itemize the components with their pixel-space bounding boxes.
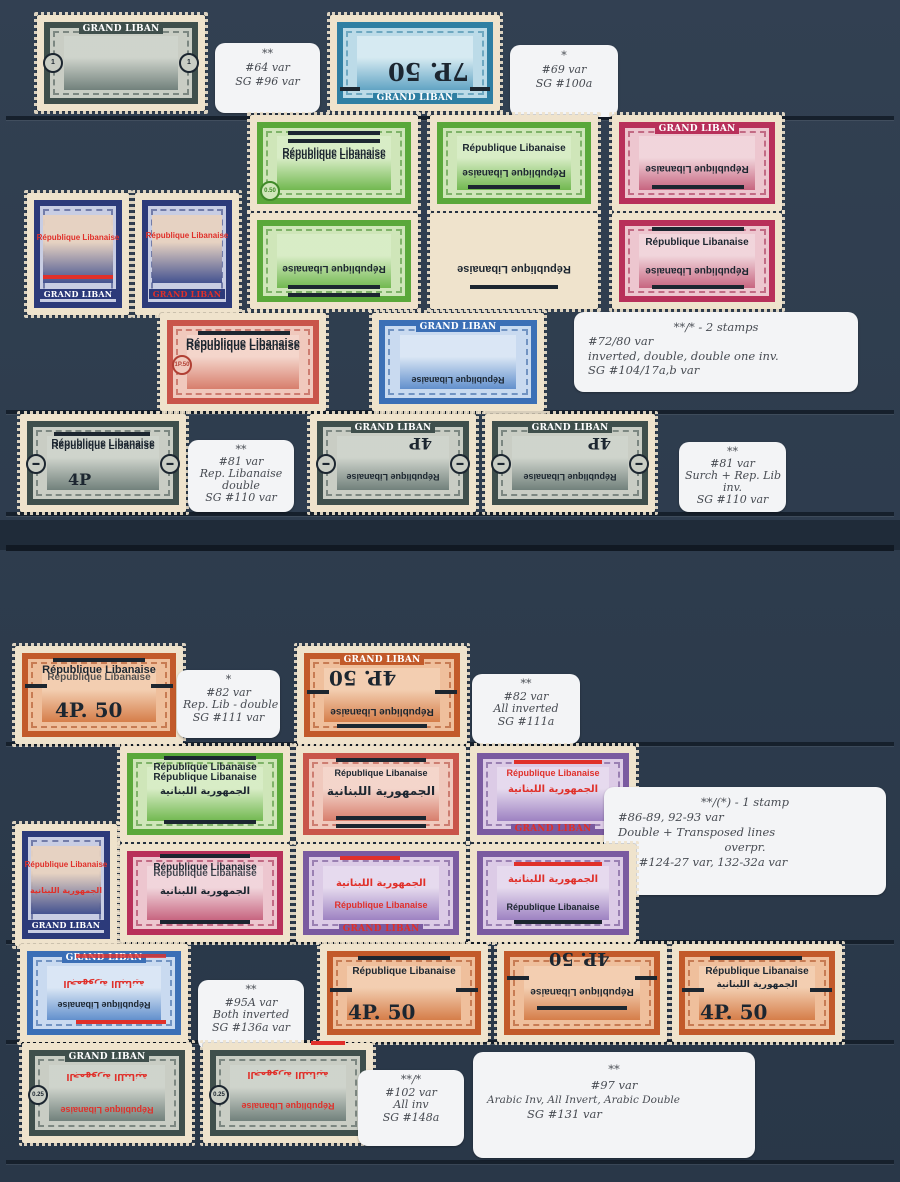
value-tablet: 1P.50 <box>172 355 192 375</box>
surcharge-overprint-inverted: 4P <box>588 434 611 453</box>
surcharge-overprint-inverted: 4P <box>409 434 432 453</box>
country-inscription: GRAND LIBAN <box>511 824 596 834</box>
stamp[interactable]: République Libanaise الجمهورية اللبنانية… <box>672 944 842 1042</box>
stamp[interactable]: GRAND LIBAN République Libanaise <box>612 115 782 211</box>
stamp[interactable]: الجمهورية اللبنانية République Libanaise <box>470 844 636 942</box>
country-inscription: GRAND LIBAN <box>655 124 740 134</box>
surcharge-overprint-inverted: 4P. 50 <box>549 948 610 969</box>
overprint-text: République Libanaise <box>612 237 782 248</box>
stamp[interactable]: République Libanaise République Libanais… <box>612 213 782 309</box>
country-inscription: GRAND LIBAN <box>340 655 425 665</box>
surcharge-overprint: 4P. 50 <box>55 698 122 722</box>
overprint-text-red: République Libanaise <box>135 231 239 240</box>
arabic-overprint-inverted-red: الجمهورية اللبنانية <box>203 1069 373 1079</box>
overprint-text-double: République Libanaise <box>15 672 183 683</box>
stockbook-page: GRAND LIBAN 1 1 ** #64 var SG #96 var GR… <box>0 0 900 1182</box>
country-inscription: GRAND LIBAN <box>528 423 613 433</box>
overprint-text-red: République Libanaise <box>296 900 466 910</box>
stamp[interactable]: GRAND LIBAN الجمهورية اللبنانية Républiq… <box>22 1043 192 1143</box>
country-inscription: GRAND LIBAN <box>28 920 105 930</box>
surcharge-overprint: 4P. 50 <box>700 1000 767 1024</box>
overprint-text-inverted: République Libanaise <box>430 167 598 178</box>
overprint-text-inverted-red: République Libanaise <box>203 1101 373 1111</box>
arabic-overprint: الجمهورية اللبنانية <box>120 886 290 897</box>
overprint-text-inverted: République Libanaise <box>310 472 476 482</box>
note-card: ** #82 var All inverted SG #111a <box>472 674 580 744</box>
overprint-text-double: République Libanaise <box>160 341 326 353</box>
stamp[interactable]: République Libanaise République Libanais… <box>430 115 598 211</box>
overprint-text-inverted: République Libanaise <box>430 263 598 275</box>
country-inscription: GRAND LIBAN <box>149 289 226 299</box>
country-inscription: GRAND LIBAN <box>79 24 164 34</box>
arabic-overprint-red: الجمهورية اللبنانية <box>296 878 466 889</box>
overprint-text: République Libanaise <box>672 966 842 977</box>
stamp[interactable]: République Libanaise <box>250 213 418 309</box>
overprint-text-double: République Libanaise <box>250 151 418 162</box>
country-inscription: GRAND LIBAN <box>351 423 436 433</box>
stamp[interactable]: GRAND LIBAN الجمهورية اللبنانية Républiq… <box>20 944 188 1042</box>
note-card: * #69 var SG #100a <box>510 45 618 117</box>
overprint-text-inverted: République Libanaise <box>297 706 467 717</box>
overprint-text-inverted: République Libanaise <box>612 265 782 276</box>
surcharge-overprint: 7P. 50 <box>388 57 469 86</box>
note-card: **/* #102 var All inv SG #148a <box>358 1070 464 1146</box>
stamp[interactable]: République Libanaise République Libanais… <box>15 646 183 744</box>
overprint-text-inverted-red: République Libanaise <box>22 1105 192 1115</box>
stamp[interactable]: République Libanaise République Libanais… <box>120 844 290 942</box>
note-card: **/* - 2 stamps #72/80 var inverted, dou… <box>574 312 858 392</box>
overprint-text: République Libanaise <box>296 768 466 778</box>
overprint-text-red: République Libanaise <box>15 860 117 869</box>
value-tablet: 0.25 <box>209 1085 229 1105</box>
value-tablet: 0.25 <box>28 1085 48 1105</box>
overprint-text-inverted: République Libanaise <box>497 986 667 997</box>
stamp[interactable]: GRAND LIBAN 7P. 50 <box>330 15 500 111</box>
arabic-overprint-inverted-red: الجمهورية اللبنانية <box>22 1071 192 1081</box>
overprint-text-inverted: République Libanaise <box>250 263 418 274</box>
stamp[interactable]: الجمهورية اللبنانية République Libanaise… <box>296 844 466 942</box>
overprint-text-inverted: République Libanaise <box>485 472 655 482</box>
stamp[interactable]: 4P. 50 République Libanaise <box>497 944 667 1042</box>
note-card: **/(*) - 1 stamp #86-89, 92-93 var Doubl… <box>604 787 886 895</box>
stamp[interactable]: République Libanaise الجمهورية اللبنانية… <box>15 824 117 946</box>
arabic-overprint-inverted: الجمهورية اللبنانية <box>20 978 188 988</box>
stamp[interactable]: République Libanaise <box>430 213 598 309</box>
surcharge-overprint-inverted: 4P. 50 <box>329 666 396 690</box>
country-inscription: GRAND LIBAN <box>40 289 117 299</box>
stamp[interactable]: GRAND LIBAN République Libanaise <box>27 193 129 315</box>
arabic-overprint-red: الجمهورية اللبنانية <box>470 874 636 885</box>
overprint-text-double: République Libanaise <box>120 868 290 879</box>
country-inscription: GRAND LIBAN <box>65 1052 150 1062</box>
stamp[interactable]: République Libanaise الجمهورية اللبنانية <box>296 746 466 842</box>
arabic-overprint: الجمهورية اللبنانية <box>296 784 466 798</box>
stamp[interactable]: GRAND LIBAN 4P République Libanaise ▬ ▬ <box>310 414 476 512</box>
stamp[interactable]: République Libanaise République Libanais… <box>120 746 290 842</box>
overprint-text: République Libanaise <box>320 966 488 977</box>
stamp[interactable]: GRAND LIBAN 4P République Libanaise ▬ ▬ <box>485 414 655 512</box>
note-card: ** #97 var Arabic Inv, All Invert, Arabi… <box>473 1052 755 1158</box>
surcharge-overprint: 4P. 50 <box>348 1000 415 1024</box>
stamp[interactable]: République Libanaise 4P. 50 <box>320 944 488 1042</box>
arabic-overprint: الجمهورية اللبنانية <box>120 786 290 797</box>
overprint-text-inverted: République Libanaise <box>612 163 782 174</box>
stamp[interactable]: République Libanaise République Libanais… <box>250 115 418 211</box>
stamp[interactable]: République Libanaise République Libanais… <box>160 313 326 411</box>
stamp[interactable]: GRAND LIBAN 1 1 <box>37 15 205 111</box>
overprint-text: République Libanaise <box>430 143 598 154</box>
stamp[interactable]: République Libanaise GRAND LIBAN <box>135 193 239 315</box>
arabic-overprint-red: الجمهورية اللبنانية <box>15 886 117 895</box>
country-inscription: GRAND LIBAN <box>339 924 424 934</box>
sheet-divider-line <box>6 545 894 551</box>
overprint-text-red: République Libanaise <box>470 768 636 778</box>
note-card: ** #81 var Rep. Libanaise double SG #110… <box>188 440 294 512</box>
note-card: ** #64 var SG #96 var <box>215 43 320 113</box>
overprint-text-double: République Libanaise <box>120 772 290 783</box>
overprint-text: République Libanaise <box>470 902 636 912</box>
surcharge-overprint: 4P <box>68 470 91 489</box>
stamp[interactable]: الجمهورية اللبنانية République Libanaise… <box>203 1043 373 1143</box>
country-inscription: GRAND LIBAN <box>416 322 501 332</box>
overprint-text-red: République Libanaise <box>27 233 129 242</box>
overprint-text-inverted: République Libanaise <box>20 1000 188 1010</box>
note-card: ** #81 var Surch + Rep. Lib inv. SG #110… <box>679 442 786 512</box>
note-card: * #82 var Rep. Lib - double SG #111 var <box>177 670 280 738</box>
stamp[interactable]: République Libanaise République Libanais… <box>20 414 186 512</box>
stamp[interactable]: GRAND LIBAN 4P. 50 République Libanaise <box>297 646 467 744</box>
stockbook-strip <box>6 512 894 516</box>
overprint-text-double: République Libanaise <box>20 441 186 452</box>
stockbook-strip <box>6 1160 894 1164</box>
country-inscription: GRAND LIBAN <box>373 93 458 103</box>
stamp[interactable]: GRAND LIBAN République Libanaise <box>372 313 544 411</box>
overprint-text-inverted: République Libanaise <box>372 375 544 385</box>
note-card: ** #95A var Both inverted SG #136a var <box>198 980 304 1050</box>
